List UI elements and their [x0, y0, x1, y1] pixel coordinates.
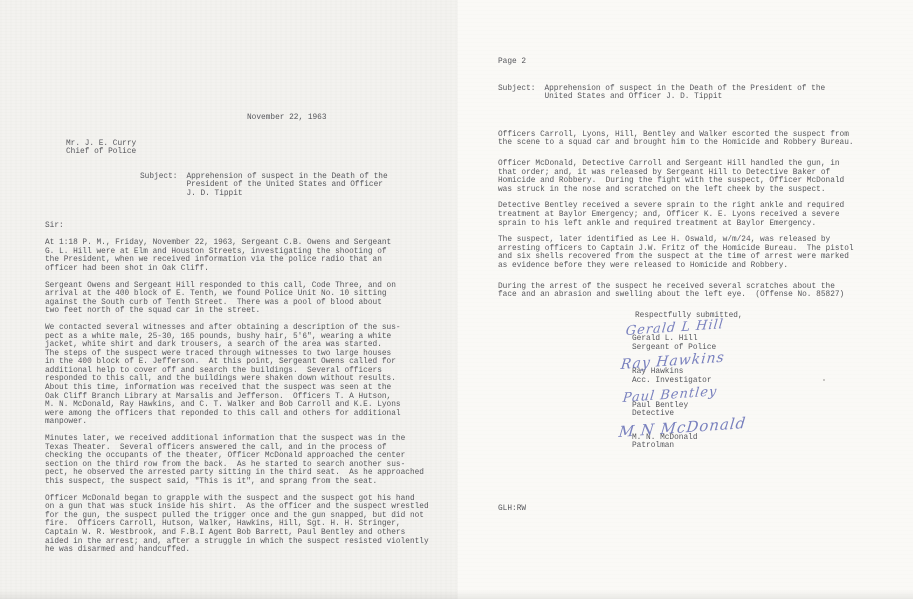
letter-page-2: Page 2 Subject: Apprehension of suspect …: [457, 0, 913, 599]
paragraph: Officers Carroll, Lyons, Hill, Bentley a…: [498, 131, 905, 148]
recipient-address: Mr. J. E. Curry Chief of Police: [66, 140, 449, 157]
subject-block: Subject: Apprehension of suspect in the …: [498, 85, 905, 102]
paragraph: We contacted several witnesses and after…: [45, 324, 449, 427]
page-number-label: Page 2: [498, 58, 905, 67]
subject-block: Subject: Apprehension of suspect in the …: [140, 173, 449, 199]
scanned-document: November 22, 1963 Mr. J. E. Curry Chief …: [0, 0, 913, 599]
subject-text: Apprehension of suspect in the Death of …: [186, 173, 387, 199]
typist-initials: GLH:RW: [498, 505, 526, 514]
subject-text: Apprehension of suspect in the Death of …: [544, 85, 825, 102]
paragraph: Sergeant Owens and Sergeant Hill respond…: [45, 282, 449, 316]
subject-label: Subject:: [498, 85, 535, 102]
paragraph: Officer McDonald, Detective Carroll and …: [498, 160, 905, 194]
paragraph: Officer McDonald began to grapple with t…: [45, 495, 449, 555]
paragraph: The suspect, later identified as Lee H. …: [498, 236, 905, 270]
salutation: Sir:: [45, 222, 449, 231]
paragraph: Detective Bentley received a severe spra…: [498, 202, 905, 228]
letter-date: November 22, 1963: [247, 114, 449, 123]
scan-speck: [823, 379, 825, 381]
letter-page-1: November 22, 1963 Mr. J. E. Curry Chief …: [0, 0, 457, 599]
handwritten-signature: Gerald L Hill: [625, 306, 906, 340]
paragraph: Minutes later, we received additional in…: [45, 435, 449, 487]
signature-block: Gerald L Hill Gerald L. Hill Sergeant of…: [632, 325, 905, 451]
signer-title: Patrolman: [632, 442, 905, 451]
subject-label: Subject:: [140, 173, 177, 199]
signer: M N McDonald M. N. McDonald Patrolman: [632, 425, 905, 451]
paragraph: At 1:18 P. M., Friday, November 22, 1963…: [45, 239, 449, 273]
paragraph: During the arrest of the suspect he rece…: [498, 283, 905, 300]
